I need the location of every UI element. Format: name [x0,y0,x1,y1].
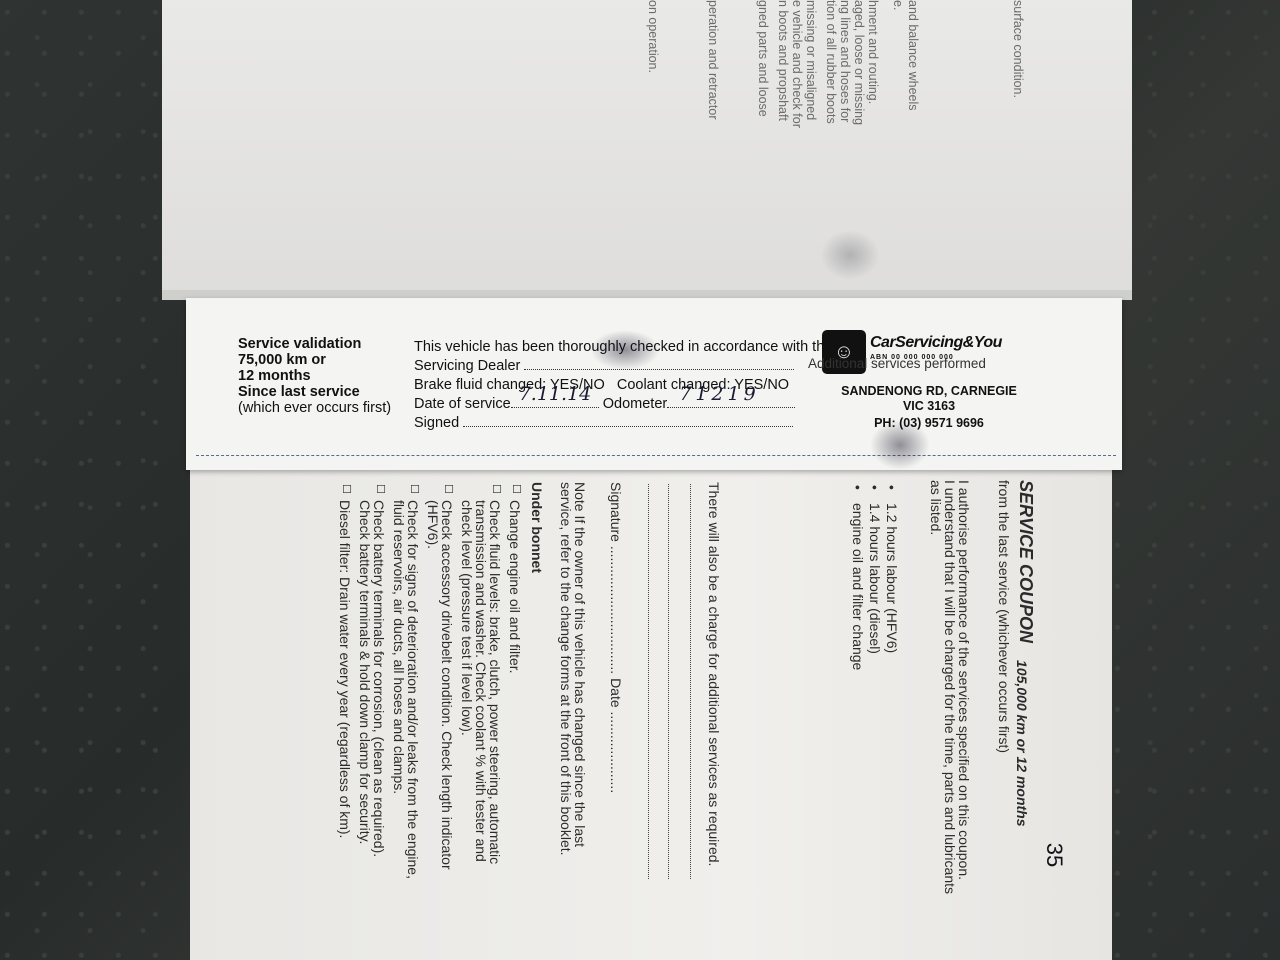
note-line: Note If the owner of this vehicle has ch… [572,482,588,847]
service-validation-block: Service validation 75,000 km or 12 month… [238,336,391,416]
facing-page-text: peration and retractor [706,0,720,120]
coupon-bullet: 1.2 hours labour (HFV6) [884,503,900,653]
understand-text: I understand that I will be charged for … [942,480,958,894]
page-number: 35 [1041,843,1067,867]
odometer-label: Odometer [603,396,667,412]
validation-since: Since last service [238,384,360,400]
under-bonnet-heading: Under bonnet [529,482,545,573]
checkbox-icon: ☐ [408,484,421,494]
facing-page-text: missing or misaligned [804,0,818,120]
coupon-subtitle: from the last service (whichever occurs … [996,480,1012,753]
facing-page-text: and balance wheels [906,0,920,111]
checklist-item: Check battery terminals & hold down clam… [357,500,373,844]
facing-page-text: gned parts and loose [756,0,770,117]
stamp-brand: CarServicing&You [870,334,1002,352]
signed-field[interactable] [463,416,793,427]
ink-smudge [870,420,930,470]
signed-label: Signed [414,415,459,431]
odometer-value: 71219 [679,385,759,404]
facing-page-text: surface condition. [1011,0,1025,98]
date-field[interactable]: 7.11.14 [511,397,599,408]
facing-page-text: n boots and propshaft [776,0,790,121]
date-value: 7.11.14 [519,385,592,404]
additional-services-dotted-line[interactable] [668,484,669,879]
facing-page-text: ng lines and hoses for [838,0,852,122]
additional-services-dotted-line[interactable] [648,484,649,879]
authorise-text: I authorise performance of the services … [956,480,972,880]
stamp-state: VIC 3163 [824,399,1034,413]
coupon-bullet: 1.4 hours labour (diesel) [867,503,883,654]
checkbox-icon: ☐ [490,484,503,494]
checklist-item: Diesel filter: Drain water every year (r… [337,500,353,838]
facing-page-text: tion of all rubber boots [824,0,838,124]
checklist-item: Check accessory drivebelt condition. Che… [439,500,455,870]
as-listed-text: as listed. [928,480,944,535]
additional-services-dotted-line[interactable] [690,484,691,879]
checklist-item: Change engine oil and filter. [507,500,523,674]
validation-title: Service validation [238,336,361,352]
checklist-item: transmission and washer. Check coolant %… [473,500,489,862]
bullet-icon: • [867,485,883,490]
facing-page-text: aged, loose or missing [852,0,866,125]
checklist-item: (HFV6). [425,500,441,549]
checkbox-icon: ☐ [340,484,353,494]
checkbox-icon: ☐ [442,484,455,494]
checklist-item: check level (pressure test if level low)… [459,500,475,736]
bullet-icon: • [884,485,900,490]
facing-page-text: e vehicle and check for [790,0,804,128]
stamp-address: SANDENONG RD, CARNEGIE [824,384,1034,398]
validation-note: (which ever occurs first) [238,400,391,416]
servicing-dealer-label: Servicing Dealer [414,358,520,374]
bullet-icon: • [850,485,866,490]
coupon-interval: 105,000 km or 12 months [1014,660,1030,827]
validation-period: 12 months [238,368,311,384]
facing-page-text: hment and routing. [866,0,880,104]
checkbox-icon: ☐ [510,484,523,494]
checklist-item: Check fluid levels: brake, clutch, power… [487,500,503,864]
validation-distance: 75,000 km or [238,352,326,368]
checkbox-icon: ☐ [374,484,387,494]
checklist-item: fluid reservoirs, air ducts, all hoses a… [391,500,407,794]
checklist-item: Check for signs of deterioration and/or … [405,500,421,879]
facing-page-text: on operation. [646,0,660,73]
additional-services-label: Additional services performed [808,356,986,371]
coupon-bullet: engine oil and filter change [850,503,866,670]
ink-smudge [590,330,660,370]
date-label: Date of service [414,396,511,412]
signature-date-line: Signature ..............................… [608,482,624,793]
perforation-line [196,455,1116,456]
ink-smudge [820,230,880,280]
dealer-stamp: ☺ CarServicing&You ABN 00 000 000 000 Ad… [818,326,1038,446]
additional-charge-text: There will also be a charge for addition… [706,482,722,866]
coupon-page [190,465,1112,960]
coupon-title: SERVICE COUPON [1015,480,1036,643]
stamp-phone: PH: (03) 9571 9696 [824,416,1034,430]
odometer-field[interactable]: 71219 [667,397,795,408]
note-line: service, refer to the change forms at th… [558,482,574,856]
checklist-item: Check battery terminals for corrosion, (… [371,500,387,857]
servicing-dealer-field[interactable] [524,359,794,370]
facing-page-text: e. [891,0,905,10]
